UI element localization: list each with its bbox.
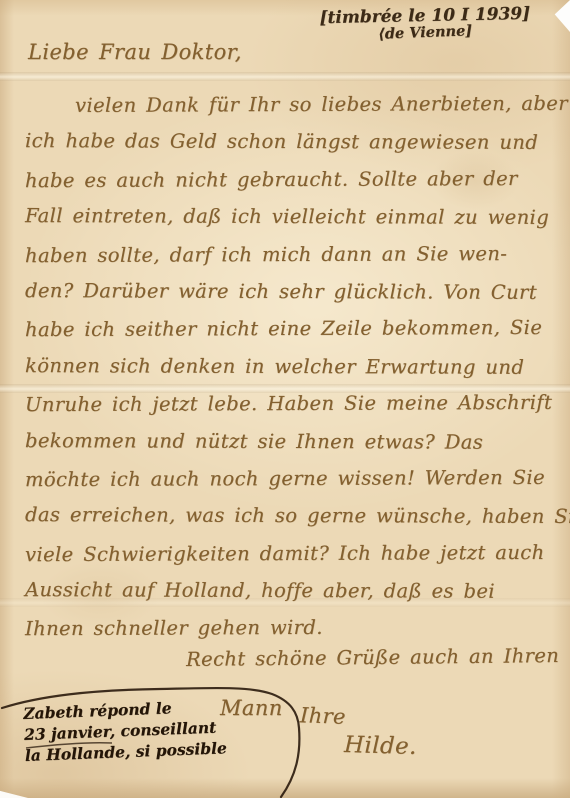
torn-corner [0, 787, 28, 798]
signature: Hilde. [344, 732, 417, 760]
body-line: vielen Dank für Ihr so liebes Anerbieten… [25, 85, 554, 125]
body-line: haben sollte, darf ich mich dann an Sie … [25, 234, 554, 274]
body-line: bekommen und nützt sie Ihnen etwas? Das [25, 422, 554, 461]
body-line: Aussicht auf Holland, hoffe aber, daß es… [25, 571, 554, 610]
body-line: habe ich seither nicht eine Zeile bekomm… [25, 309, 554, 349]
body-line: ich habe das Geld schon längst angewiese… [25, 122, 554, 161]
body-line: möchte ich auch noch gerne wissen! Werde… [25, 459, 554, 499]
body-line: Fall eintreten, daß ich vielleicht einma… [25, 197, 554, 236]
reply-note-annotation: Zabeth répond le 23 janvier, conseillant… [23, 693, 285, 766]
letter-scan: [timbrée le 10 I 1939] ⟨de Vienne] Liebe… [0, 0, 570, 798]
closing-line: Recht schöne Grüße auch an Ihren [186, 644, 559, 671]
postmark-annotation: [timbrée le 10 I 1939] ⟨de Vienne] [295, 3, 556, 43]
body-line: das erreichen, was ich so gerne wünsche,… [25, 496, 554, 535]
body-line: viele Schwierigkeiten damit? Ich habe je… [25, 534, 554, 574]
body-line: Unruhe ich jetzt lebe. Haben Sie meine A… [25, 384, 554, 424]
valediction: Ihre [300, 703, 347, 729]
body-line: den? Darüber wäre ich sehr glücklich. Vo… [25, 272, 554, 311]
body-line: habe es auch nicht gebraucht. Sollte abe… [25, 160, 554, 200]
body-line: können sich denken in welcher Erwartung … [25, 347, 554, 386]
letter-body: vielen Dank für Ihr so liebes Anerbieten… [25, 86, 554, 647]
fold-crease [0, 72, 570, 81]
salutation: Liebe Frau Doktor, [28, 40, 242, 64]
torn-edge-notch [553, 0, 570, 32]
body-line: Ihnen schneller gehen wird. [25, 608, 554, 648]
